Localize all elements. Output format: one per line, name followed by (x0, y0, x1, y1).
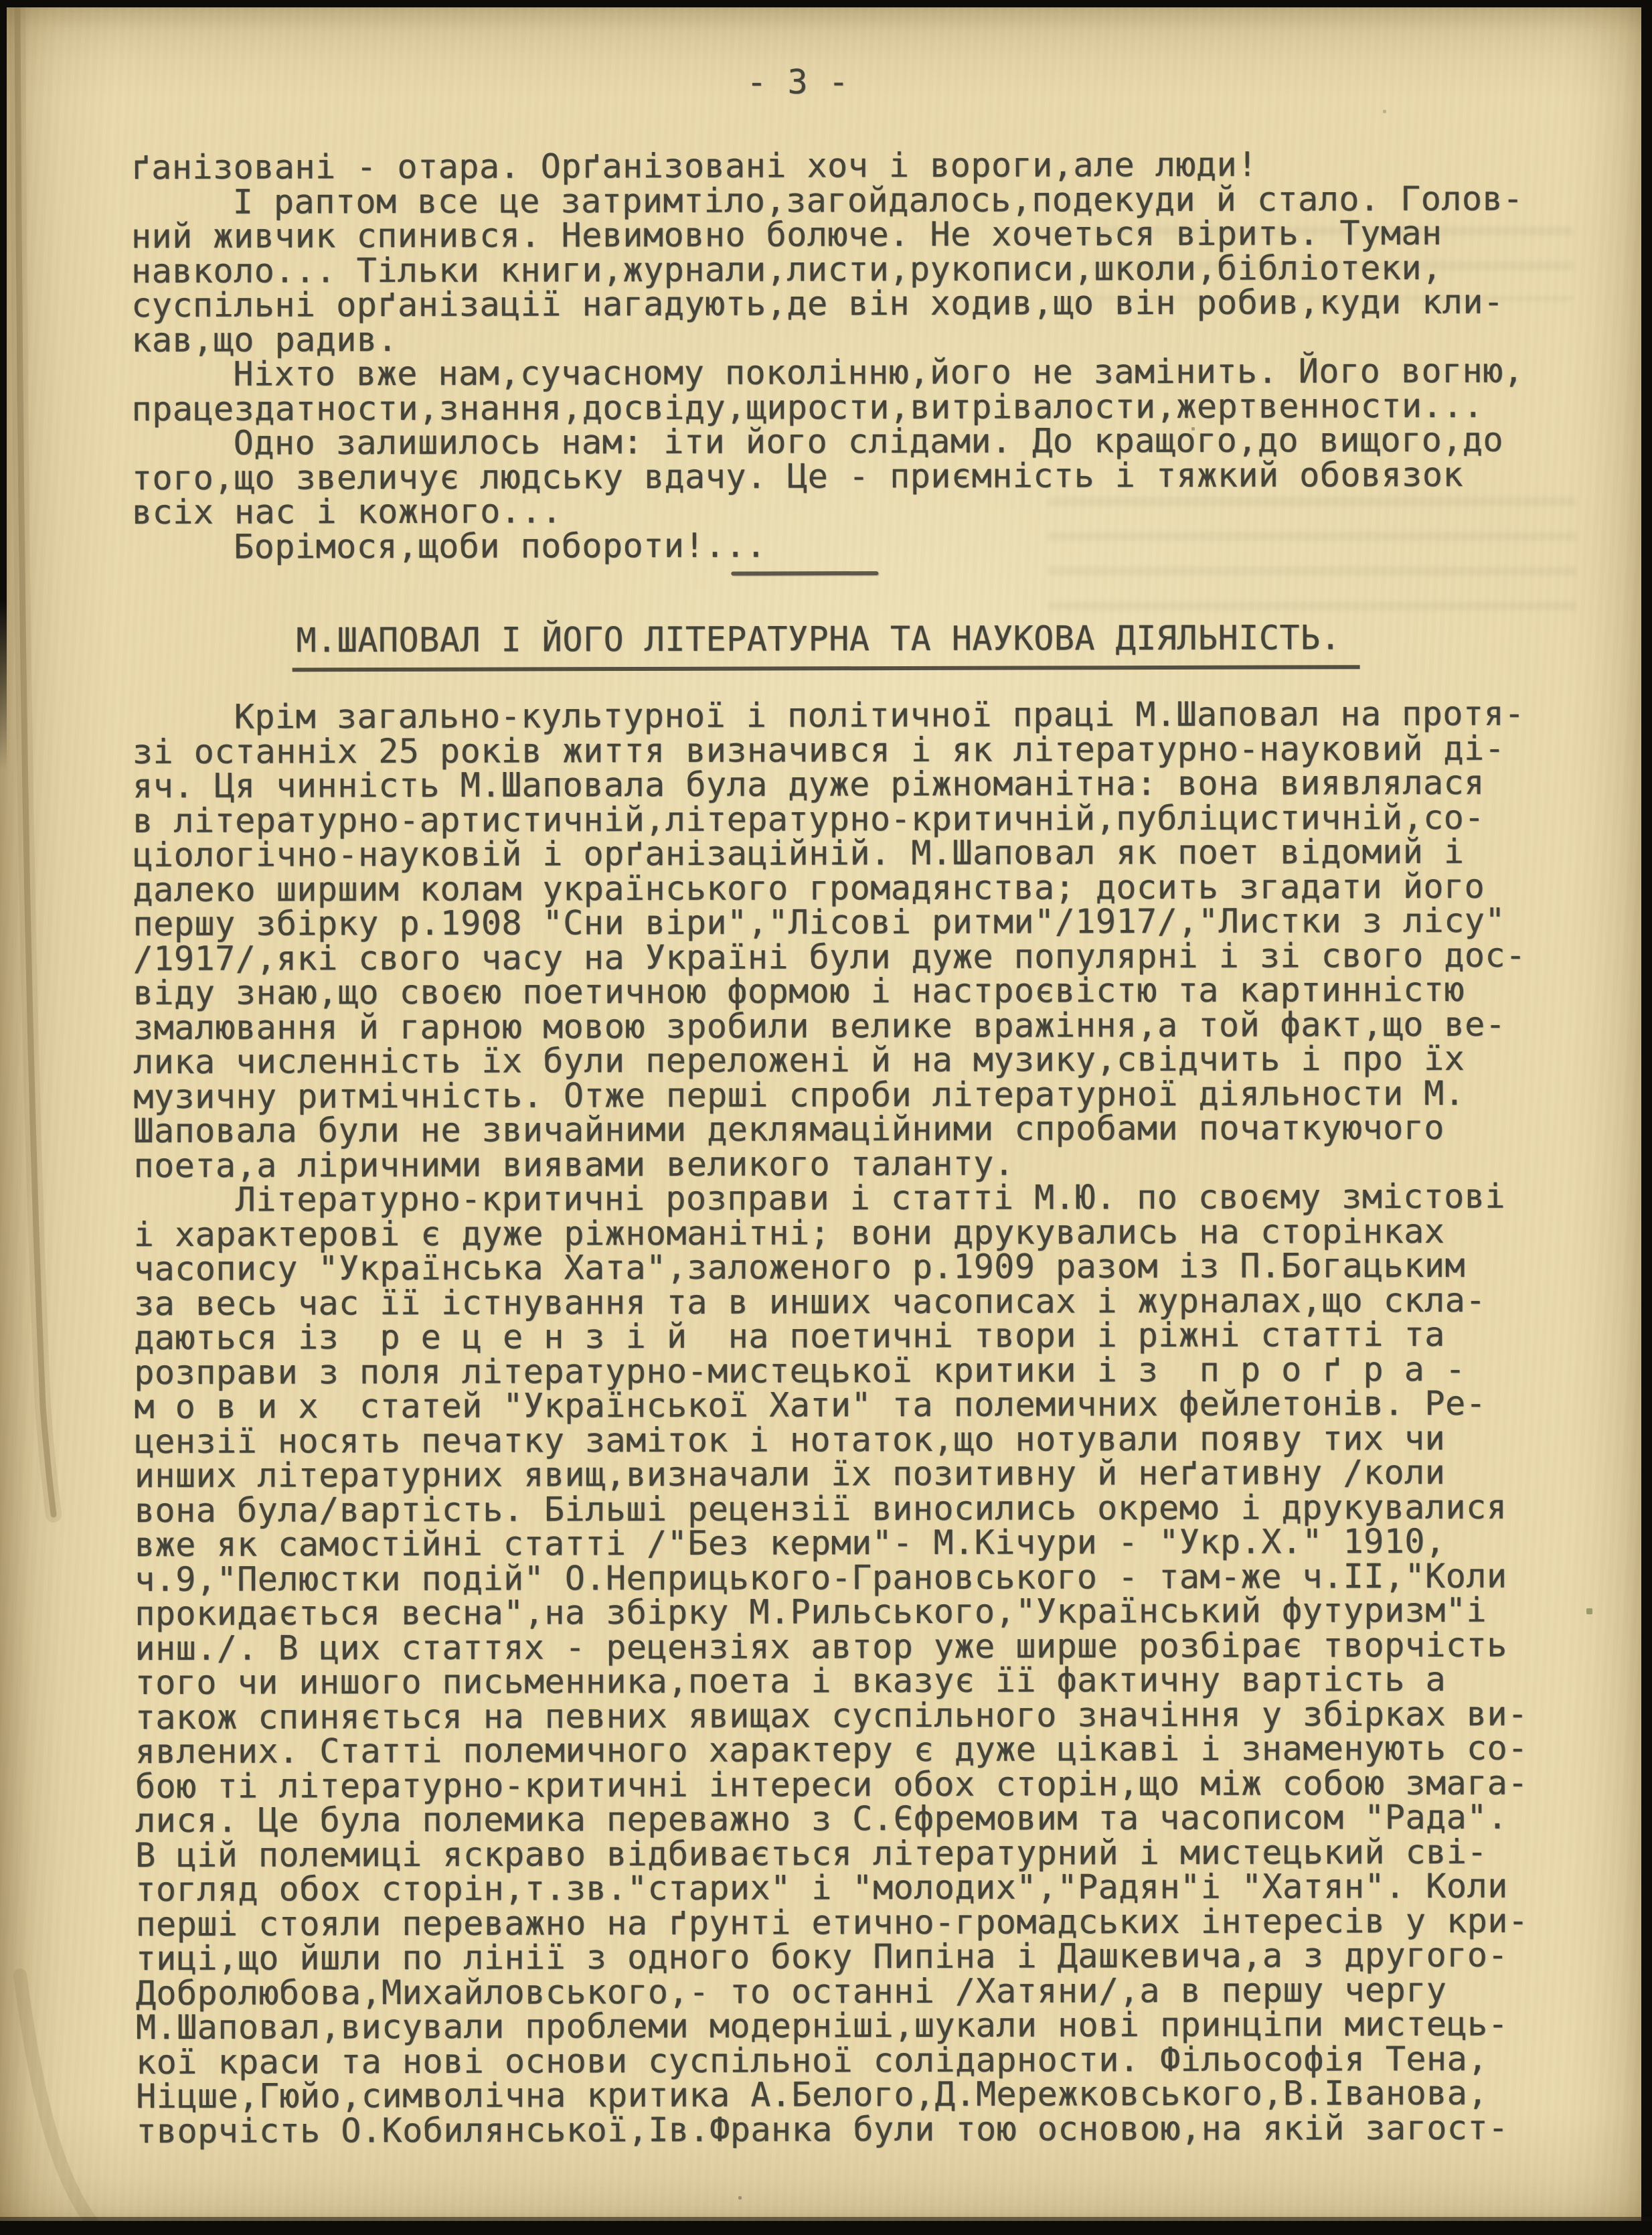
section-heading: М.ШАПОВАЛ І ЙОГО ЛІТЕРАТУРНА ТА НАУКОВА … (296, 618, 1359, 672)
typewritten-text-layer: - 3 - ґанізовані - отара. Орґанізовані х… (131, 0, 1582, 2235)
text-line: творчість О.Кобилянської,Ів.Франка були … (136, 2110, 1529, 2149)
text-line: всіх нас і кожного... (132, 492, 1524, 530)
page-number: - 3 - (746, 62, 849, 101)
text-line: того,що звеличує людську вдачу. Це - при… (132, 457, 1524, 495)
intro-paragraphs: ґанізовані - отара. Орґанізовані хоч і в… (131, 147, 1525, 564)
scan-edge-bottom (0, 2221, 1652, 2235)
text-line: Шаповала були не звичайними деклямаційни… (133, 1111, 1526, 1149)
section-divider-line (731, 571, 878, 576)
section-heading-text: М.ШАПОВАЛ І ЙОГО ЛІТЕРАТУРНА ТА НАУКОВА … (292, 618, 1359, 672)
body-paragraphs: Крім загально-культурної і політичної пр… (133, 697, 1530, 2149)
scanned-page: - 3 - ґанізовані - отара. Орґанізовані х… (0, 0, 1652, 2235)
scan-edge-right (1641, 0, 1652, 2235)
text-line: Борімося,щоби побороти!... (132, 526, 1524, 564)
scan-edge-left (0, 0, 7, 770)
scan-edge-top (0, 0, 1652, 7)
text-line: суспільні орґанізації нагадують,де він х… (131, 285, 1523, 323)
